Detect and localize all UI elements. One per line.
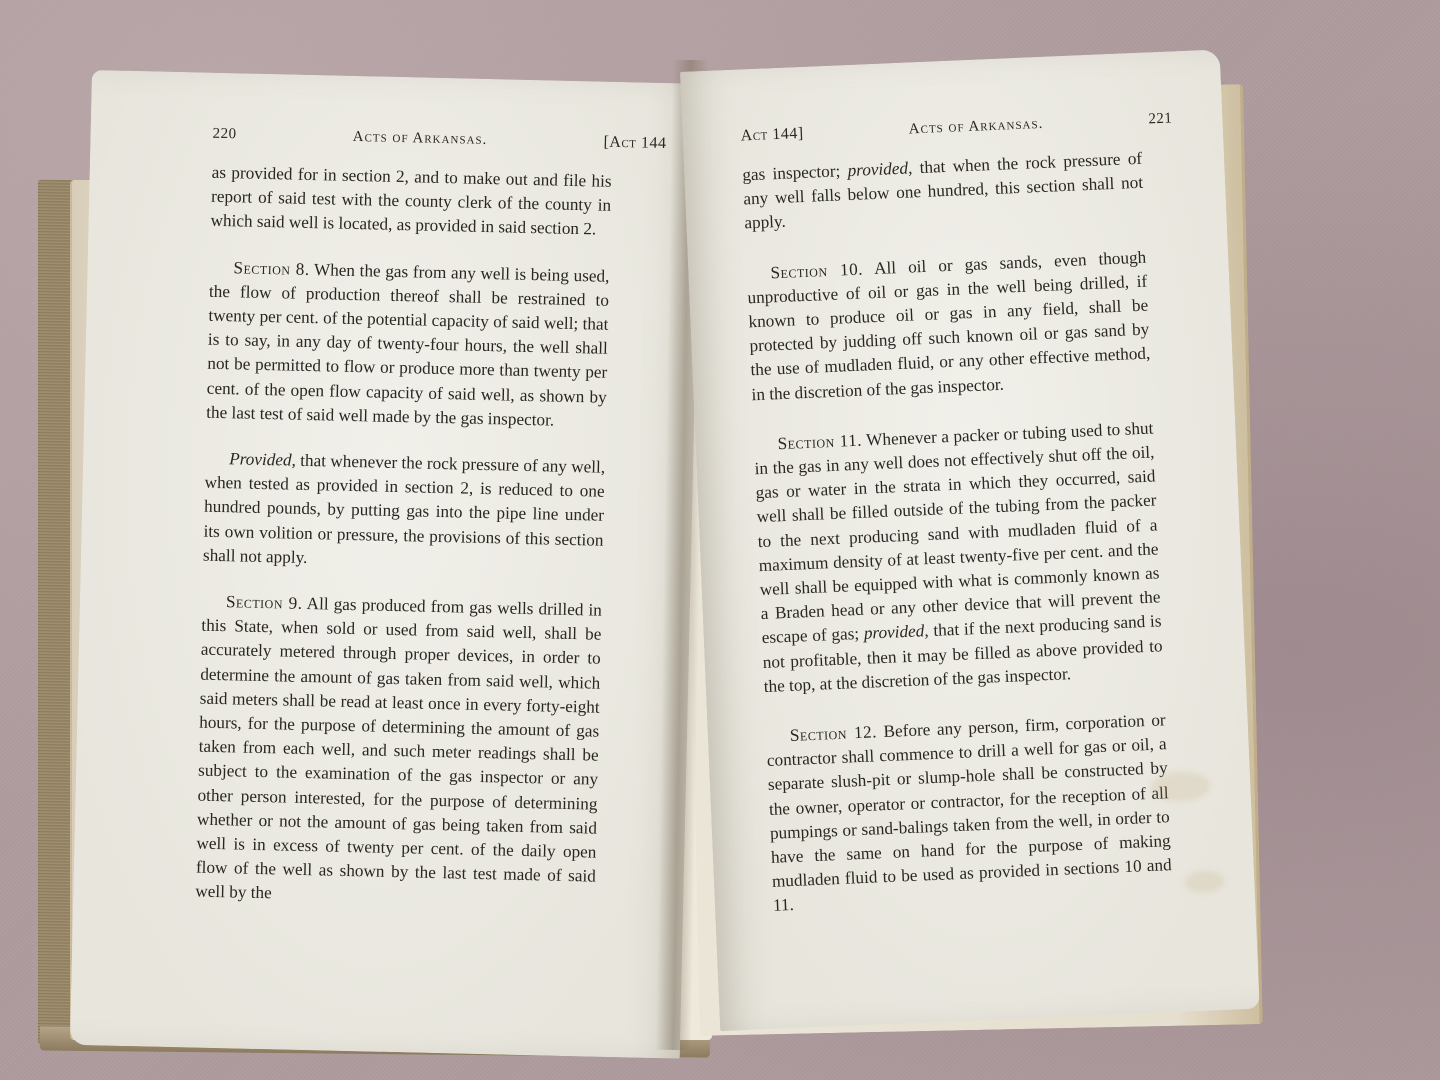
section-8-paragraph: Section 8. When the gas from any well is… (206, 255, 610, 433)
right-page: Act 144] Acts of Arkansas. 221 gas inspe… (680, 49, 1260, 1031)
proviso-paragraph: Provided, that whenever the rock pressur… (203, 447, 606, 577)
continuation-paragraph: gas inspector; provided, that when the r… (742, 147, 1145, 236)
right-running-head: Act 144] Acts of Arkansas. 221 (740, 109, 1172, 145)
paragraph-text: All gas produced from gas wells drilled … (195, 594, 602, 903)
photo-scene: 220 Acts of Arkansas. [Act 144 as provid… (0, 0, 1440, 1080)
section-label: Section 12. (789, 722, 877, 745)
left-page: 220 Acts of Arkansas. [Act 144 as provid… (70, 70, 702, 1059)
paragraph-text: that when the rock pressure of any well … (743, 149, 1143, 233)
page-number: 221 (1148, 110, 1173, 128)
section-label: Section 8. (233, 258, 310, 279)
proviso-lead: Provided, (229, 449, 296, 470)
paragraph-text: that if the next producing sand is not p… (762, 612, 1162, 696)
section-9-paragraph: Section 9. All gas produced from gas wel… (195, 590, 602, 914)
section-label: Section 11. (777, 431, 862, 454)
paragraph-text: as provided for in section 2, and to mak… (210, 163, 611, 239)
section-label: Section 10. (770, 259, 863, 282)
section-11-paragraph: Section 11. Whenever a packer or tubing … (753, 416, 1164, 699)
paragraph-text: gas inspector; (742, 161, 841, 184)
act-label: [Act 144 (603, 134, 666, 153)
paper-stain (1184, 870, 1225, 894)
running-title: Acts of Arkansas. (353, 129, 488, 149)
running-title: Acts of Arkansas. (908, 116, 1043, 139)
section-10-paragraph: Section 10. All oil or gas sands, even t… (746, 245, 1152, 407)
proviso-italic: provided, (863, 622, 929, 644)
continuation-paragraph: as provided for in section 2, and to mak… (210, 161, 612, 243)
paragraph-text: When the gas from any well is being used… (206, 260, 610, 430)
act-label: Act 144] (740, 125, 804, 146)
left-page-body: as provided for in section 2, and to mak… (195, 161, 612, 914)
left-running-head: 220 Acts of Arkansas. [Act 144 (212, 125, 666, 153)
section-label: Section 9. (226, 592, 303, 613)
right-page-body: gas inspector; provided, that when the r… (742, 147, 1173, 919)
section-12-paragraph: Section 12. Before any person, firm, cor… (765, 708, 1173, 918)
proviso-italic: provided, (847, 158, 913, 180)
page-number: 220 (212, 126, 236, 144)
